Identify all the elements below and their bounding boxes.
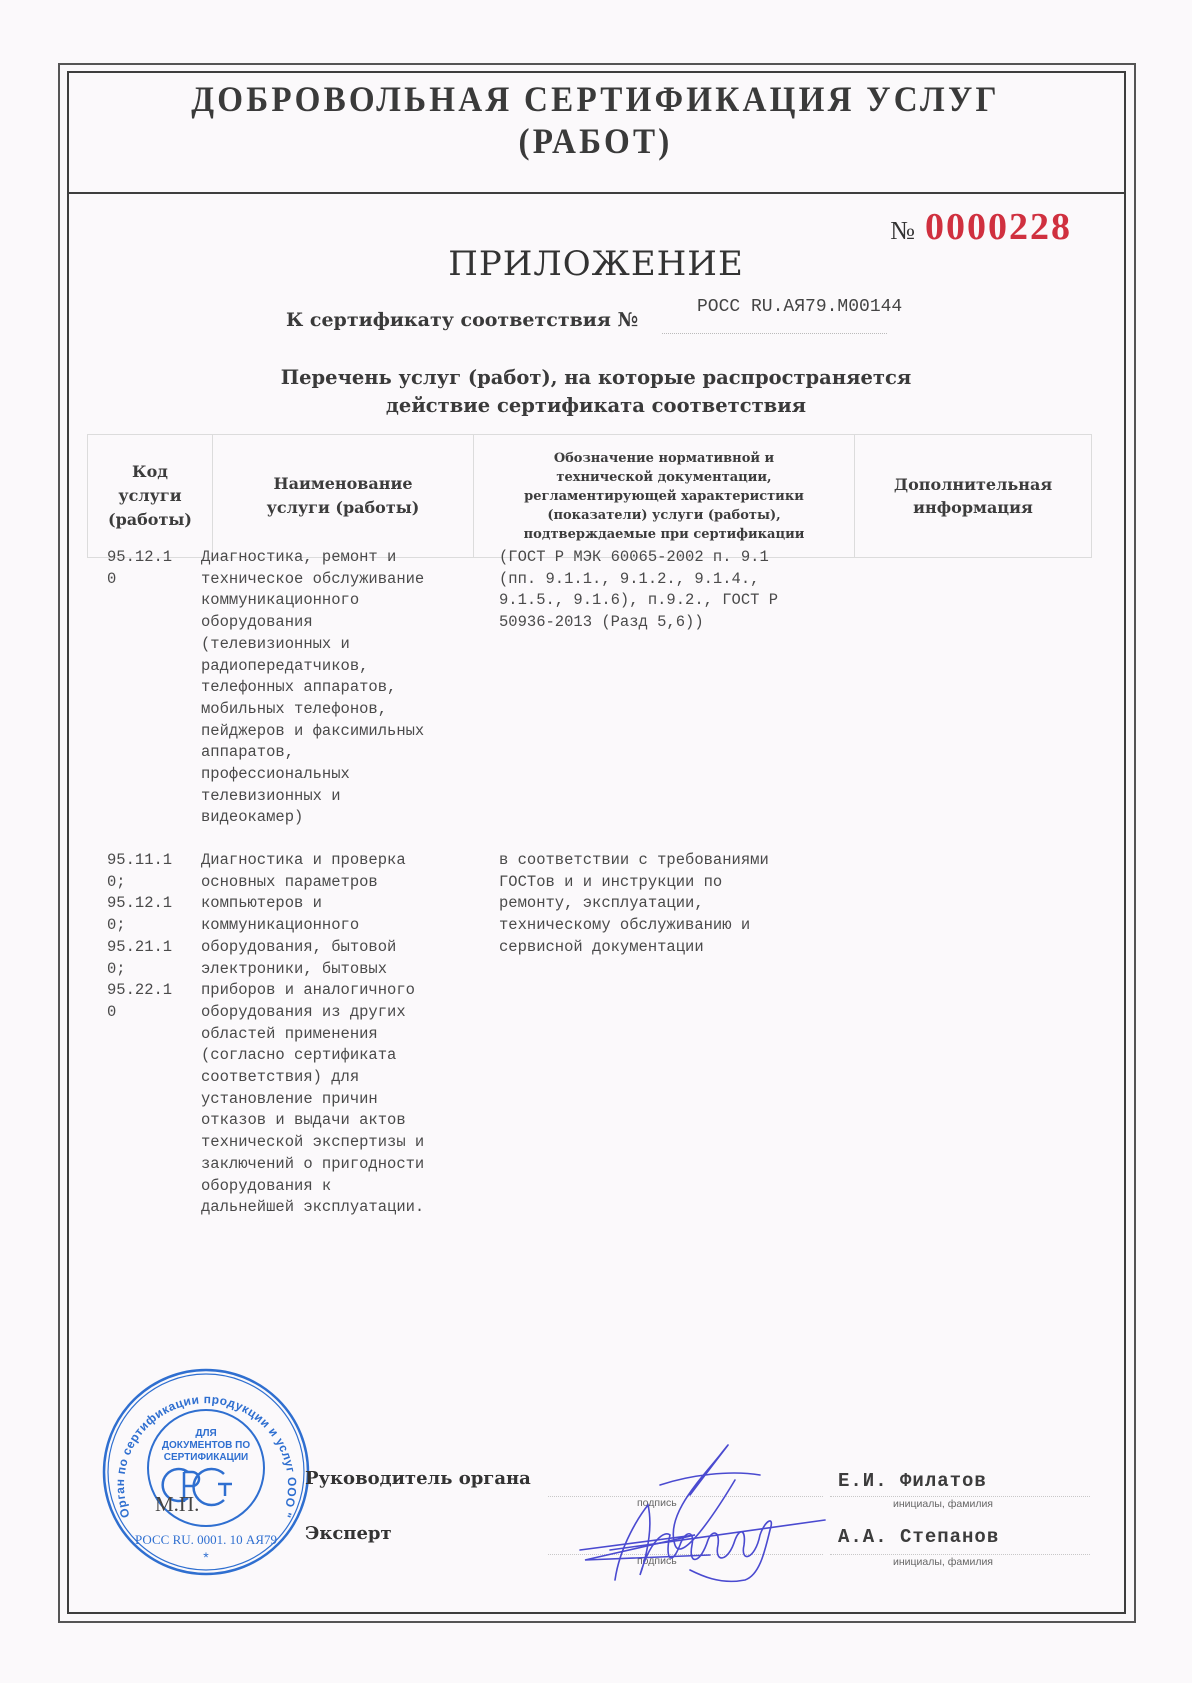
column-header-additional-info: Дополнительная информация bbox=[855, 435, 1091, 557]
column-header-additional-info-text: Дополнительная информация bbox=[894, 473, 1052, 519]
expert-name-line bbox=[830, 1554, 1090, 1555]
expert-role-label: Эксперт bbox=[305, 1523, 392, 1544]
list-heading: Перечень услуг (работ), на которые распр… bbox=[0, 364, 1192, 420]
seal-place-label: М.П. bbox=[155, 1492, 199, 1517]
table-row: 95.11.1 0; 95.12.1 0; 95.21.1 0; 95.22.1… bbox=[107, 850, 126, 937]
head-name-caption: инициалы, фамилия bbox=[893, 1498, 993, 1510]
appendix-title: ПРИЛОЖЕНИЕ bbox=[0, 244, 1192, 284]
column-header-code-text: Код услуги (работы) bbox=[108, 460, 192, 532]
list-heading-line-2: действие сертификата соответствия bbox=[0, 392, 1192, 420]
head-role-label: Руководитель органа bbox=[305, 1468, 531, 1489]
service-name: Диагностика, ремонт и техническое обслуж… bbox=[201, 547, 424, 829]
handwritten-signature-icon bbox=[570, 1435, 830, 1585]
head-name: Е.И. Филатов bbox=[838, 1470, 987, 1492]
expert-name-caption: инициалы, фамилия bbox=[893, 1556, 993, 1568]
column-header-normative-docs: Обозначение нормативной и технической до… bbox=[474, 435, 855, 557]
svg-text:СЕРТИФИКАЦИИ: СЕРТИФИКАЦИИ bbox=[164, 1452, 248, 1463]
list-heading-line-1: Перечень услуг (работ), на которые распр… bbox=[0, 364, 1192, 392]
svg-text:РОСС RU. 0001. 10 АЯ79: РОСС RU. 0001. 10 АЯ79 bbox=[135, 1532, 277, 1547]
svg-text:ДОКУМЕНТОВ ПО: ДОКУМЕНТОВ ПО bbox=[162, 1440, 251, 1451]
column-header-code: Код услуги (работы) bbox=[88, 435, 213, 557]
table-row: 95.12.1 0 Диагностика, ремонт и техничес… bbox=[107, 547, 126, 634]
form-number-value: 0000228 bbox=[925, 205, 1072, 249]
service-code: 95.12.1 0 bbox=[107, 547, 172, 590]
header-divider bbox=[67, 192, 1124, 194]
column-header-name-text: Наименование услуги (работы) bbox=[267, 472, 420, 520]
form-number: № 0000228 bbox=[890, 205, 1072, 249]
certification-stamp-icon: Орган по сертификации продукции и услуг … bbox=[100, 1366, 312, 1578]
number-sign: № bbox=[890, 216, 915, 246]
service-code: 95.11.1 0; 95.12.1 0; 95.21.1 0; 95.22.1… bbox=[107, 850, 172, 1024]
certification-title: ДОБРОВОЛЬНАЯ СЕРТИФИКАЦИЯ УСЛУГ (РАБОТ) bbox=[109, 78, 1081, 162]
certificate-ref-value: РОСС RU.АЯ79.М00144 bbox=[697, 297, 902, 317]
normative-docs: в соответствии с требованиями ГОСТов и и… bbox=[499, 850, 769, 959]
svg-text:*: * bbox=[203, 1549, 209, 1565]
expert-name: А.А. Степанов bbox=[838, 1526, 999, 1548]
normative-docs: (ГОСТ Р МЭК 60065-2002 п. 9.1 (пп. 9.1.1… bbox=[499, 547, 778, 634]
certificate-ref-label: К сертификату соответствия № bbox=[286, 309, 638, 331]
column-header-name: Наименование услуги (работы) bbox=[213, 435, 474, 557]
head-name-line bbox=[830, 1496, 1090, 1497]
column-header-normative-docs-text: Обозначение нормативной и технической до… bbox=[524, 449, 805, 544]
table-header: Код услуги (работы) Наименование услуги … bbox=[87, 434, 1092, 558]
certificate-ref-underline bbox=[662, 333, 887, 334]
service-name: Диагностика и проверка основных параметр… bbox=[201, 850, 424, 1219]
svg-text:ДЛЯ: ДЛЯ bbox=[195, 1428, 216, 1439]
